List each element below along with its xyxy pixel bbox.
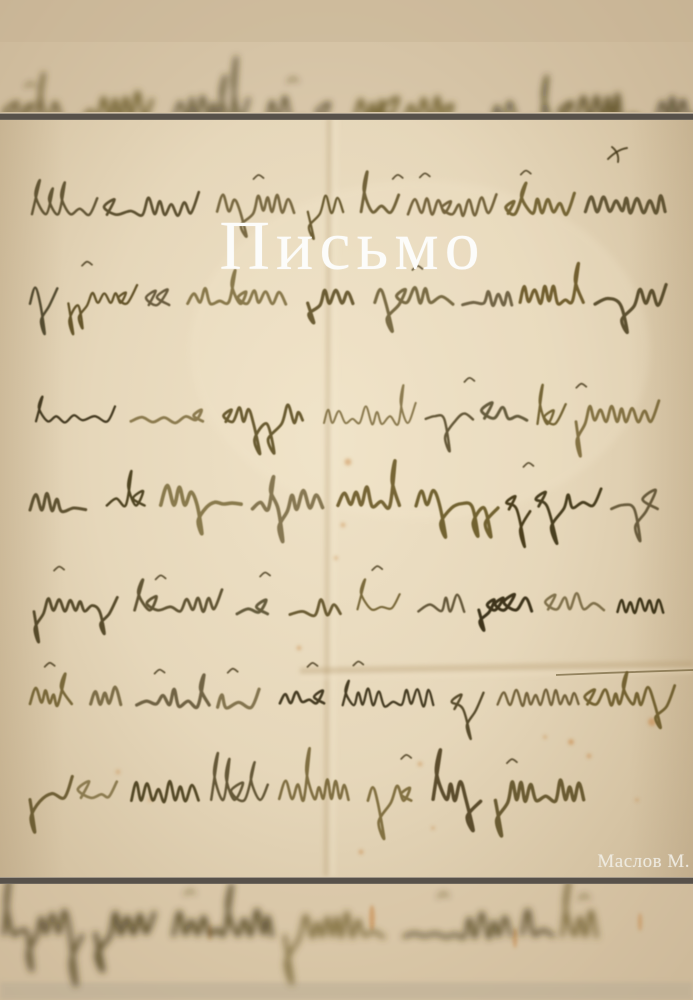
manuscript-photo: [0, 0, 693, 1000]
book-title: Письмо: [0, 212, 693, 282]
book-cover: Письмо Маслов М.: [0, 0, 693, 1000]
bottom-divider-line: [0, 877, 693, 884]
top-divider-line: [0, 113, 693, 120]
author-name: Маслов М.: [597, 851, 690, 874]
